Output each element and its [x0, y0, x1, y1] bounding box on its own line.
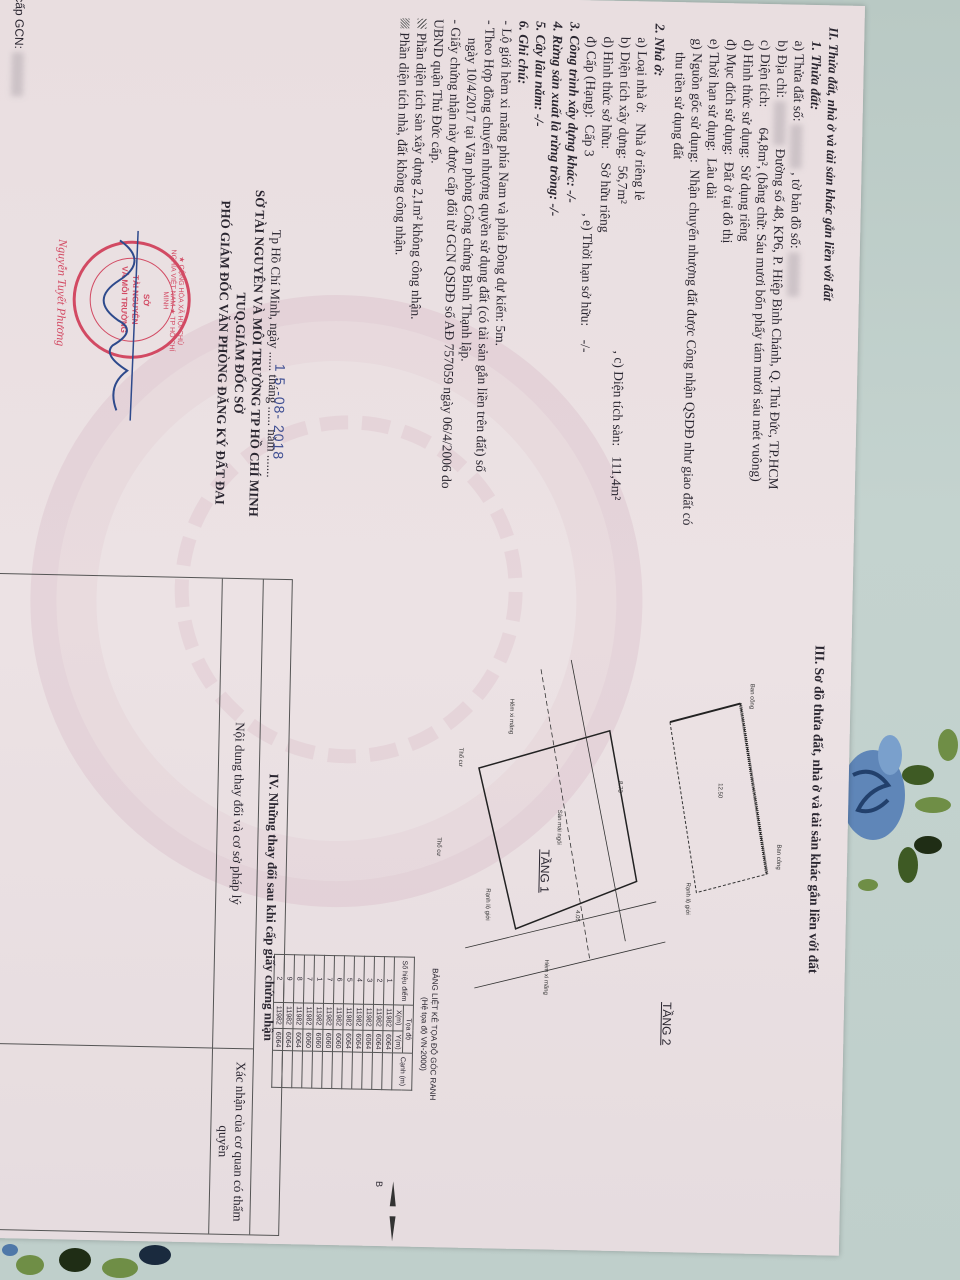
north-arrow-icon	[385, 1181, 400, 1241]
coord-cell: 11982	[283, 1002, 294, 1028]
section-iv-body	[0, 574, 222, 1234]
term-label: e) Thời hạn sử dụng:	[705, 39, 722, 152]
svg-text:4.05: 4.05	[574, 910, 580, 922]
svg-text:Sân mái ngói: Sân mái ngói	[555, 810, 562, 845]
origin-label: g) Nguồn gốc sử dụng:	[688, 38, 706, 163]
coord-cell: 4	[353, 956, 364, 1004]
floor-2-label: TẦNG 2	[659, 1002, 674, 1046]
parcel-sketch-diagram: 12.50 Ban công Ban công Rạnh lộ giới Sân…	[409, 637, 811, 1245]
term-value: Lâu dài	[704, 158, 720, 199]
coord-cell: 6060	[302, 1029, 312, 1052]
svg-text:Rạnh lộ giới: Rạnh lộ giới	[484, 888, 491, 920]
coord-cell: 11982	[383, 1004, 394, 1030]
confirmation-cell-empty	[0, 1044, 212, 1234]
land-use-certificate-page: II. Thửa đất, nhà ở và tài sản khác gắn …	[0, 0, 865, 1256]
coord-cell	[372, 1053, 383, 1089]
floor-area-label: , c) Diện tích sàn:	[610, 351, 627, 447]
coord-cell: 6064	[342, 1030, 352, 1053]
coord-cell: 11982	[343, 1004, 354, 1030]
redacted-map-sheet	[787, 252, 800, 296]
certificate-photo: II. Thửa đất, nhà ở và tài sản khác gắn …	[0, 0, 960, 1280]
purpose-label: đ) Mục đích sử dụng:	[722, 39, 739, 155]
col-coords: Tọa độ	[402, 1005, 413, 1054]
svg-text:Ban công: Ban công	[775, 844, 782, 869]
coordinate-table: Số hiệu điểm Tọa độ Cạnh (m) X(m) Y(m) 1…	[271, 954, 415, 1091]
margin-note-text: cấp GCN:	[12, 0, 27, 49]
coord-cell: 11982	[323, 1003, 334, 1029]
coord-cell: 11982	[293, 1003, 304, 1029]
floor-1-label: TẦNG 1	[537, 849, 552, 893]
address-label: b) Địa chỉ:	[774, 40, 790, 98]
coord-cell: 6060	[332, 1029, 342, 1052]
seal-ring-text: ★ CỘNG HÒA XÃ HỘI CHỦ NGHĨA VIỆT NAM ★ T…	[161, 244, 186, 356]
built-area-value: 56,7m²	[615, 166, 631, 204]
ownership-term-label: , e) Thời hạn sở hữu:	[578, 213, 595, 326]
parcel-label: a) Thửa đất số:	[791, 40, 808, 121]
svg-text:Ban công: Ban công	[748, 684, 755, 709]
col-y: Y(m)	[392, 1031, 402, 1054]
grade-label: đ) Cấp (Hạng):	[583, 36, 600, 118]
coord-cell: 1	[313, 955, 324, 1003]
coord-cell: 11982	[303, 1003, 314, 1029]
coord-cell: 11982	[333, 1003, 344, 1029]
coord-cell: 6064	[372, 1030, 382, 1053]
svg-text:Hẻm xi măng: Hẻm xi măng	[542, 959, 549, 994]
coord-cell: 5	[343, 956, 354, 1004]
dim-label: 12.50	[716, 783, 722, 799]
svg-text:Rạnh lộ giới: Rạnh lộ giới	[684, 882, 691, 914]
coord-cell	[312, 1052, 323, 1088]
north-arrow: B	[373, 1181, 400, 1247]
ownership-value: Sở hữu riêng	[597, 162, 613, 232]
house-type-label: a) Loại nhà ở:	[634, 37, 651, 113]
col-x: X(m)	[393, 1005, 404, 1031]
coord-cell: 8	[294, 955, 305, 1003]
coord-cell: 7	[323, 955, 334, 1003]
coord-cell: 9	[284, 955, 295, 1003]
coord-cell: 1	[383, 957, 394, 1005]
coord-cell	[342, 1052, 353, 1088]
ownership-label: d) Hình thức sở hữu:	[599, 36, 616, 149]
date-stamp: 1 5 -08- 2018	[269, 364, 288, 461]
floor-area-value: 111,4m²	[609, 456, 625, 500]
coord-cell: 6	[333, 956, 344, 1004]
usage-form-value: Sử dụng riêng	[737, 165, 754, 242]
handwritten-signature	[86, 230, 160, 421]
signature-block: Tp Hồ Chí Minh, ngày ...... tháng ......…	[210, 133, 287, 574]
redacted-house-number	[773, 101, 786, 145]
coord-cell	[322, 1052, 333, 1088]
coord-cell	[282, 1051, 293, 1087]
coord-table-title: BẢNG LIỆT KÊ TỌA ĐỘ GÓC RANH (Hệ tọa độ …	[417, 959, 440, 1109]
section-ii-land-house-info: II. Thửa đất, nhà ở và tài sản khác gắn …	[384, 18, 842, 627]
coord-cell: 6064	[382, 1030, 392, 1053]
grade-value: Cấp 3	[582, 125, 598, 157]
coord-cell	[332, 1052, 343, 1088]
svg-text:Hẻm xi măng: Hẻm xi măng	[508, 699, 515, 734]
redacted-parcel-number	[790, 125, 803, 169]
coord-cell	[362, 1053, 373, 1089]
svg-text:Thổ cư: Thổ cư	[435, 837, 442, 856]
coord-cell	[302, 1051, 313, 1087]
changes-cell-empty	[0, 574, 222, 1049]
ownership-term-value: -/-	[578, 340, 593, 353]
coord-cell	[352, 1052, 363, 1088]
coord-cell: 7	[304, 955, 315, 1003]
coord-cell	[292, 1051, 303, 1087]
coord-cell: 6064	[362, 1030, 372, 1053]
signer-name: Nguyễn Tuyết Phương	[53, 239, 70, 346]
coord-cell: 2	[373, 956, 384, 1004]
built-area-label: b) Diện tích xây dựng:	[616, 37, 634, 159]
coord-cell: 6064	[352, 1030, 362, 1053]
coord-cell: 3	[363, 956, 374, 1004]
col-edge: Cạnh (m)	[392, 1053, 413, 1090]
map-sheet-label: , tờ bản đồ số:	[788, 172, 805, 249]
usage-form-label: d) Hình thức sử dụng:	[739, 39, 756, 158]
floor-1-sketch: Sân mái ngói Hẻm xi măng Hẻm xi măng Thổ…	[432, 657, 671, 997]
house-type-value: Nhà ở riêng lẻ	[632, 123, 649, 201]
north-label: B	[374, 1181, 384, 1187]
coord-cell: 11982	[373, 1004, 384, 1030]
coord-cell: 11982	[313, 1003, 324, 1029]
coord-cell: 6064	[282, 1028, 292, 1051]
coord-cell: 6064	[292, 1029, 302, 1052]
coord-cell	[382, 1053, 393, 1089]
coord-cell: 6060	[312, 1029, 322, 1052]
coord-cell: 6060	[322, 1029, 332, 1052]
purpose-value: Đất ở tại đô thị	[720, 162, 737, 244]
floor-2-sketch: 12.50 Ban công Ban công Rạnh lộ giới	[666, 682, 785, 917]
redacted-gcn-number	[11, 52, 24, 96]
coord-cell: 11982	[353, 1004, 364, 1030]
area-label: c) Diện tích:	[757, 40, 773, 108]
col-point: Số hiệu điểm	[393, 957, 414, 1005]
confirmation-column-header: Xác nhận của cơ quan có thẩm quyền	[209, 1049, 253, 1235]
coord-cell: 11982	[363, 1004, 374, 1030]
section-iv-changes-table: IV. Những thay đổi sau khi cấp giấy chứn…	[0, 573, 293, 1236]
certificate-issue-note: cấp GCN:	[11, 0, 27, 96]
svg-text:8.73: 8.73	[616, 781, 622, 793]
svg-text:Thổ cư: Thổ cư	[457, 748, 464, 767]
